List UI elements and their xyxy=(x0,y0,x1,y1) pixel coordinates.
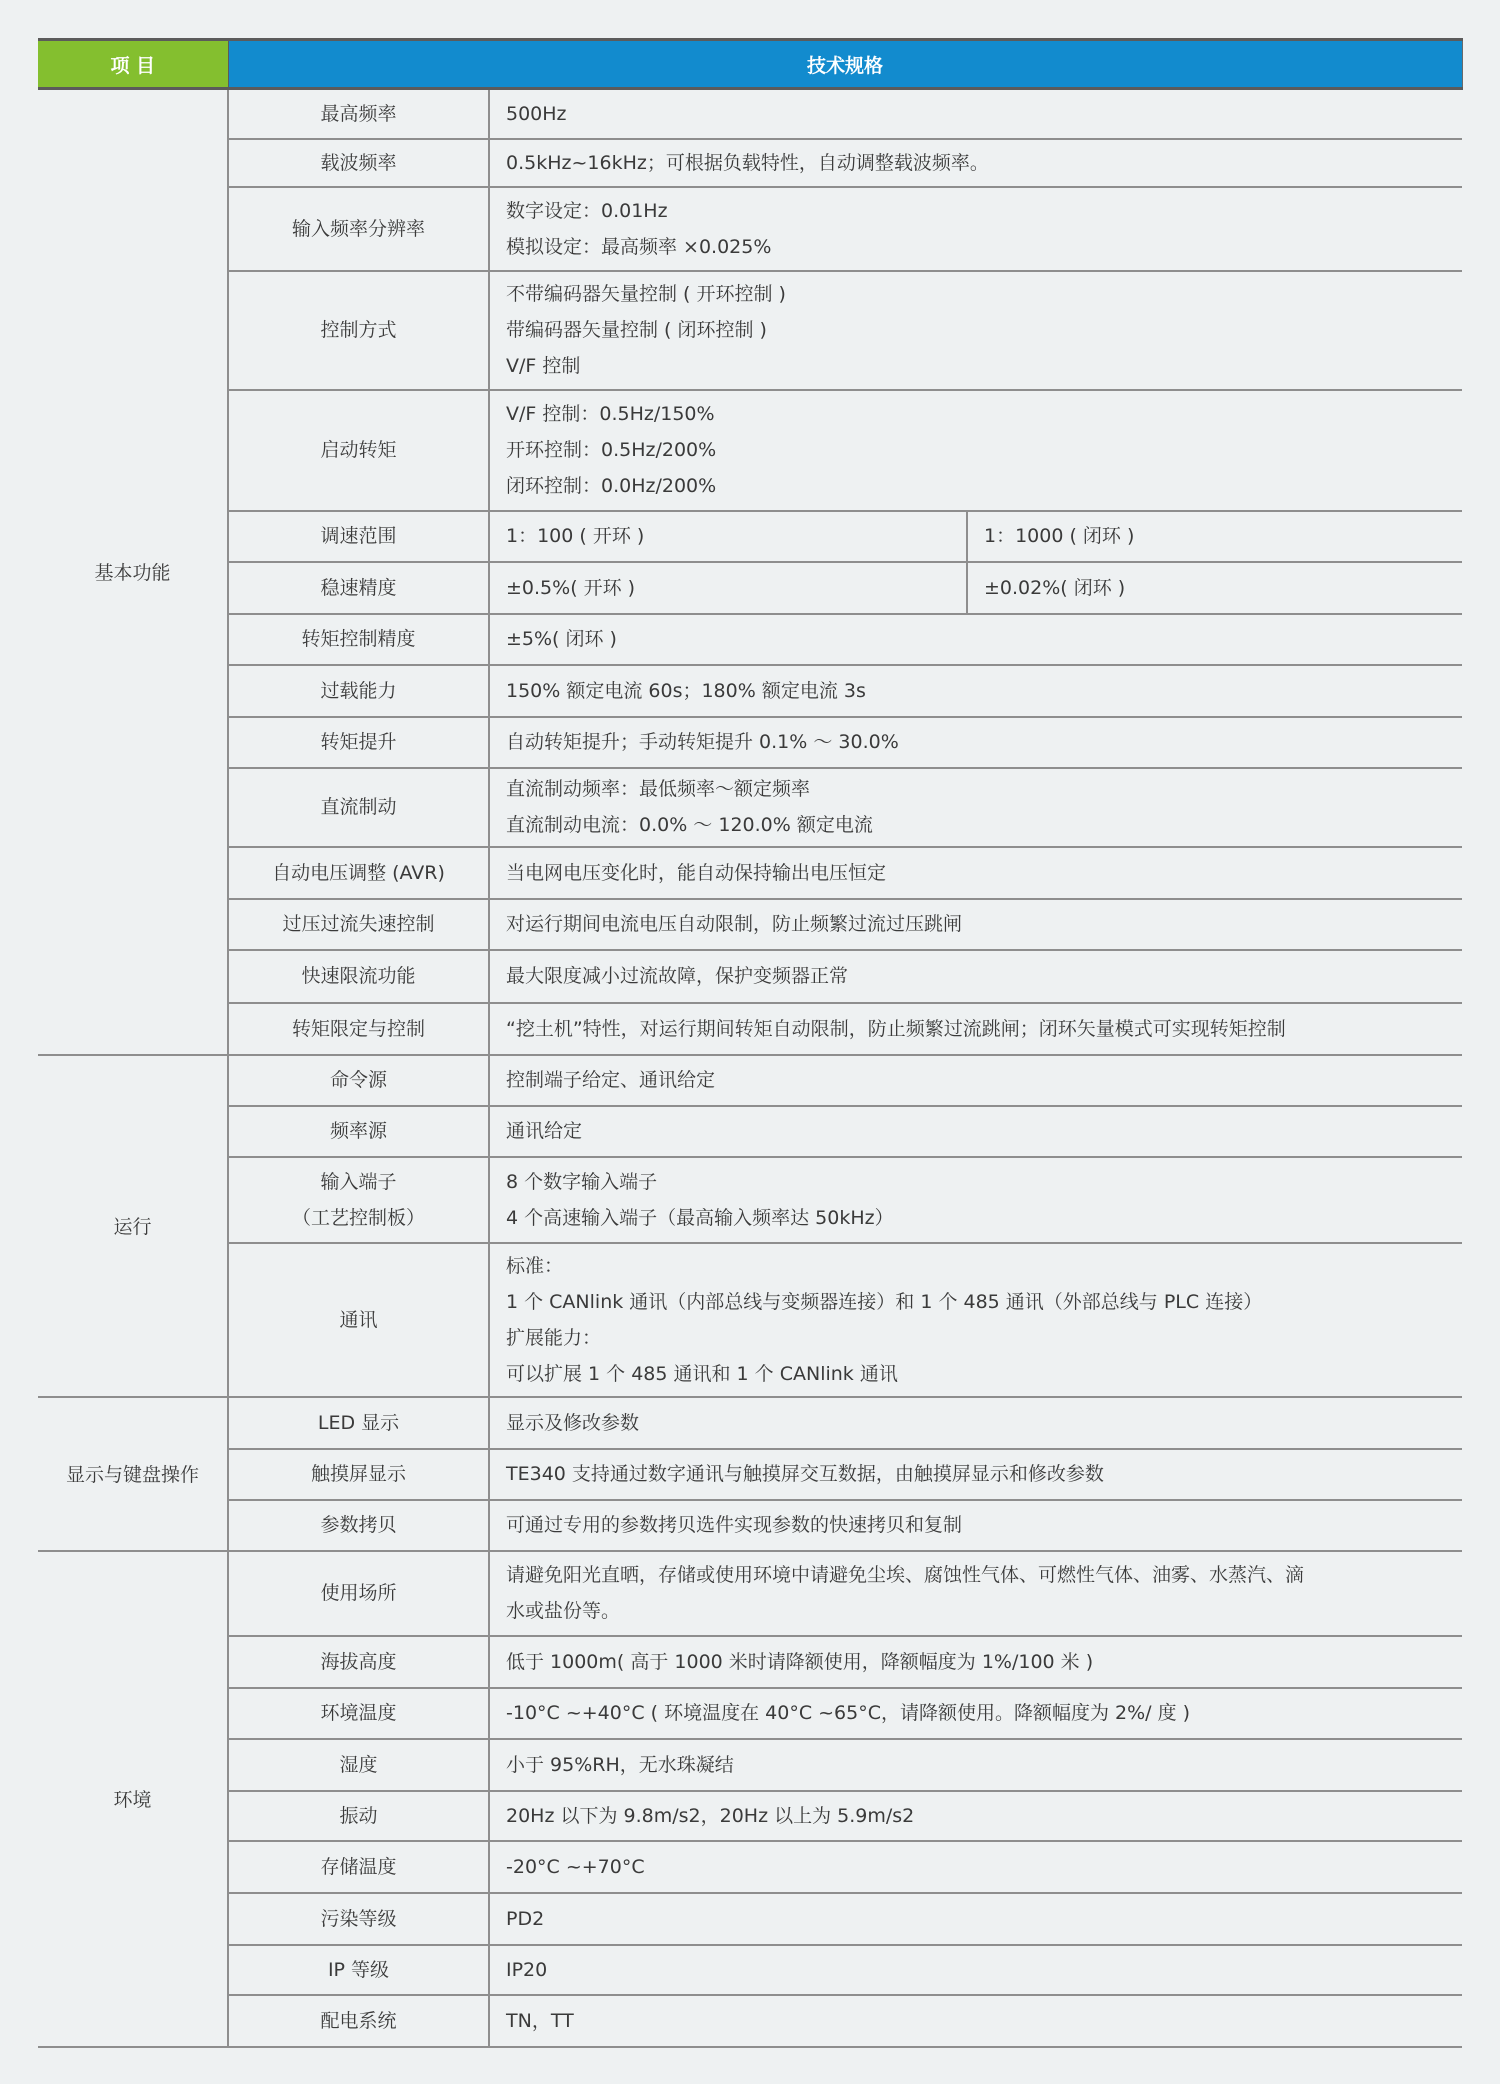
item-cell: 稳速精度 xyxy=(228,562,489,614)
spec-value-cell: ±5%( 闭环 ) xyxy=(489,614,1462,665)
table-row: 自动电压调整 (AVR)当电网电压变化时，能自动保持输出电压恒定 xyxy=(38,847,1462,899)
spec-value-cell: TE340 支持通过数字通讯与触摸屏交互数据，由触摸屏显示和修改参数 xyxy=(489,1449,1462,1500)
spec-value: 1：100 ( 开环 ) xyxy=(506,518,954,554)
spec-value: 1 个 CANlink 通讯（内部总线与变频器连接）和 1 个 485 通讯（外… xyxy=(506,1284,1450,1320)
header-spec: 技术规格 xyxy=(228,40,1462,89)
table-row: 转矩控制精度±5%( 闭环 ) xyxy=(38,614,1462,665)
item-label: 振动 xyxy=(229,1798,488,1834)
category-cell: 显示与键盘操作 xyxy=(38,1397,228,1551)
spec-value: 开环控制：0.5Hz/200% xyxy=(506,432,1450,468)
item-cell: 触摸屏显示 xyxy=(228,1449,489,1500)
spec-value-cell: 显示及修改参数 xyxy=(489,1397,1462,1449)
spec-value: ±0.5%( 开环 ) xyxy=(506,570,954,606)
spec-value-cell: 对运行期间电流电压自动限制，防止频繁过流过压跳闸 xyxy=(489,899,1462,950)
item-label: 转矩限定与控制 xyxy=(229,1011,488,1047)
table-row: 参数拷贝可通过专用的参数拷贝选件实现参数的快速拷贝和复制 xyxy=(38,1500,1462,1551)
item-cell: 控制方式 xyxy=(228,271,489,390)
item-label: 调速范围 xyxy=(229,518,488,554)
spec-value-cell: 20Hz 以下为 9.8m/s2，20Hz 以上为 5.9m/s2 xyxy=(489,1791,1462,1841)
spec-value: V/F 控制 xyxy=(506,348,1450,384)
spec-value-cell: IP20 xyxy=(489,1945,1462,1995)
item-label: 转矩控制精度 xyxy=(229,621,488,657)
spec-value: 可以扩展 1 个 485 通讯和 1 个 CANlink 通讯 xyxy=(506,1356,1450,1392)
item-cell: 命令源 xyxy=(228,1055,489,1106)
item-cell: 调速范围 xyxy=(228,511,489,562)
spec-value-cell: 不带编码器矢量控制 ( 开环控制 )带编码器矢量控制 ( 闭环控制 )V/F 控… xyxy=(489,271,1462,390)
item-cell: 环境温度 xyxy=(228,1688,489,1739)
item-label: 存储温度 xyxy=(229,1849,488,1885)
table-header-row: 项 目 技术规格 xyxy=(38,40,1462,89)
spec-value: TE340 支持通过数字通讯与触摸屏交互数据，由触摸屏显示和修改参数 xyxy=(506,1456,1450,1492)
item-label: 最高频率 xyxy=(229,96,488,132)
item-cell: 湿度 xyxy=(228,1739,489,1791)
spec-value-cell: 标准：1 个 CANlink 通讯（内部总线与变频器连接）和 1 个 485 通… xyxy=(489,1243,1462,1397)
spec-value: 不带编码器矢量控制 ( 开环控制 ) xyxy=(506,276,1450,312)
spec-value: -20°C ~+70°C xyxy=(506,1849,1450,1885)
spec-value-cell: 自动转矩提升；手动转矩提升 0.1% ～ 30.0% xyxy=(489,717,1462,768)
category-cell: 运行 xyxy=(38,1055,228,1397)
item-label: 过载能力 xyxy=(229,673,488,709)
spec-value: 显示及修改参数 xyxy=(506,1405,1450,1441)
item-cell: 频率源 xyxy=(228,1106,489,1157)
spec-value: 直流制动频率：最低频率～额定频率 xyxy=(506,771,1450,807)
spec-value: 水或盐份等。 xyxy=(506,1593,1450,1629)
spec-value-cell: 1：100 ( 开环 ) xyxy=(489,511,967,562)
spec-value: 数字设定：0.01Hz xyxy=(506,193,1450,229)
spec-table: 项 目 技术规格 基本功能最高频率500Hz载波频率0.5kHz~16kHz；可… xyxy=(38,38,1463,2048)
table-row: 调速范围1：100 ( 开环 )1：1000 ( 闭环 ) xyxy=(38,511,1462,562)
spec-value: 闭环控制：0.0Hz/200% xyxy=(506,468,1450,504)
spec-value-cell: -20°C ~+70°C xyxy=(489,1841,1462,1893)
spec-value: 20Hz 以下为 9.8m/s2，20Hz 以上为 5.9m/s2 xyxy=(506,1798,1450,1834)
item-cell: 直流制动 xyxy=(228,768,489,847)
spec-value: 当电网电压变化时，能自动保持输出电压恒定 xyxy=(506,855,1450,891)
spec-value-cell: 500Hz xyxy=(489,89,1462,139)
item-cell: 转矩限定与控制 xyxy=(228,1003,489,1055)
spec-body: 基本功能最高频率500Hz载波频率0.5kHz~16kHz；可根据负载特性，自动… xyxy=(38,89,1462,2047)
spec-value-cell: 0.5kHz~16kHz；可根据负载特性，自动调整载波频率。 xyxy=(489,139,1462,187)
table-row: 显示与键盘操作LED 显示显示及修改参数 xyxy=(38,1397,1462,1449)
table-row: 通讯标准：1 个 CANlink 通讯（内部总线与变频器连接）和 1 个 485… xyxy=(38,1243,1462,1397)
table-row: 污染等级PD2 xyxy=(38,1893,1462,1945)
item-label: 触摸屏显示 xyxy=(229,1456,488,1492)
table-row: 快速限流功能最大限度减小过流故障，保护变频器正常 xyxy=(38,950,1462,1003)
item-cell: 过载能力 xyxy=(228,665,489,717)
item-label: 输入频率分辨率 xyxy=(229,211,488,247)
spec-value: 最大限度减小过流故障，保护变频器正常 xyxy=(506,958,1450,994)
item-label: 自动电压调整 (AVR) xyxy=(229,855,488,891)
spec-value: IP20 xyxy=(506,1952,1450,1988)
spec-value: “挖土机”特性，对运行期间转矩自动限制，防止频繁过流跳闸；闭环矢量模式可实现转矩… xyxy=(506,1011,1450,1047)
item-cell: 使用场所 xyxy=(228,1551,489,1636)
item-cell: 海拔高度 xyxy=(228,1636,489,1688)
spec-value-cell: ±0.02%( 闭环 ) xyxy=(967,562,1462,614)
item-label: 参数拷贝 xyxy=(229,1507,488,1543)
spec-value: 直流制动电流：0.0% ～ 120.0% 额定电流 xyxy=(506,807,1450,843)
item-cell: 参数拷贝 xyxy=(228,1500,489,1551)
item-label: 输入端子 xyxy=(229,1164,488,1200)
item-cell: 污染等级 xyxy=(228,1893,489,1945)
table-row: 转矩限定与控制“挖土机”特性，对运行期间转矩自动限制，防止频繁过流跳闸；闭环矢量… xyxy=(38,1003,1462,1055)
item-cell: 通讯 xyxy=(228,1243,489,1397)
item-label: LED 显示 xyxy=(229,1405,488,1441)
header-item: 项 目 xyxy=(38,40,228,89)
table-row: 配电系统TN，TT xyxy=(38,1995,1462,2047)
table-row: 直流制动直流制动频率：最低频率～额定频率直流制动电流：0.0% ～ 120.0%… xyxy=(38,768,1462,847)
item-label: 频率源 xyxy=(229,1113,488,1149)
item-label: 快速限流功能 xyxy=(229,958,488,994)
item-cell: 输入端子（工艺控制板） xyxy=(228,1157,489,1243)
spec-value-cell: ±0.5%( 开环 ) xyxy=(489,562,967,614)
spec-value-cell: 150% 额定电流 60s；180% 额定电流 3s xyxy=(489,665,1462,717)
item-label: 通讯 xyxy=(229,1302,488,1338)
spec-value: 小于 95%RH，无水珠凝结 xyxy=(506,1747,1450,1783)
table-row: 载波频率0.5kHz~16kHz；可根据负载特性，自动调整载波频率。 xyxy=(38,139,1462,187)
spec-value: 0.5kHz~16kHz；可根据负载特性，自动调整载波频率。 xyxy=(506,145,1450,181)
item-cell: LED 显示 xyxy=(228,1397,489,1449)
spec-value-cell: “挖土机”特性，对运行期间转矩自动限制，防止频繁过流跳闸；闭环矢量模式可实现转矩… xyxy=(489,1003,1462,1055)
spec-value-cell: 8 个数字输入端子4 个高速输入端子（最高输入频率达 50kHz） xyxy=(489,1157,1462,1243)
category-cell: 基本功能 xyxy=(38,89,228,1055)
table-row: 触摸屏显示TE340 支持通过数字通讯与触摸屏交互数据，由触摸屏显示和修改参数 xyxy=(38,1449,1462,1500)
spec-value: 标准： xyxy=(506,1248,1450,1284)
item-label: 使用场所 xyxy=(229,1575,488,1611)
item-label: 命令源 xyxy=(229,1062,488,1098)
spec-value-cell: 小于 95%RH，无水珠凝结 xyxy=(489,1739,1462,1791)
spec-value: 可通过专用的参数拷贝选件实现参数的快速拷贝和复制 xyxy=(506,1507,1450,1543)
item-cell: 最高频率 xyxy=(228,89,489,139)
spec-value: 4 个高速输入端子（最高输入频率达 50kHz） xyxy=(506,1200,1450,1236)
spec-value-cell: 可通过专用的参数拷贝选件实现参数的快速拷贝和复制 xyxy=(489,1500,1462,1551)
item-cell: 配电系统 xyxy=(228,1995,489,2047)
spec-value: PD2 xyxy=(506,1901,1450,1937)
table-row: 过压过流失速控制对运行期间电流电压自动限制，防止频繁过流过压跳闸 xyxy=(38,899,1462,950)
table-row: 频率源通讯给定 xyxy=(38,1106,1462,1157)
table-row: 环境使用场所请避免阳光直晒，存储或使用环境中请避免尘埃、腐蚀性气体、可燃性气体、… xyxy=(38,1551,1462,1636)
spec-value-cell: 1：1000 ( 闭环 ) xyxy=(967,511,1462,562)
spec-value: ±5%( 闭环 ) xyxy=(506,621,1450,657)
spec-value: 500Hz xyxy=(506,96,1450,132)
spec-value: -10°C ~+40°C ( 环境温度在 40°C ~65°C，请降额使用。降额… xyxy=(506,1695,1450,1731)
item-cell: 存储温度 xyxy=(228,1841,489,1893)
spec-value: 带编码器矢量控制 ( 闭环控制 ) xyxy=(506,312,1450,348)
spec-value-cell: 通讯给定 xyxy=(489,1106,1462,1157)
table-row: 启动转矩V/F 控制：0.5Hz/150%开环控制：0.5Hz/200%闭环控制… xyxy=(38,390,1462,511)
item-label: 稳速精度 xyxy=(229,570,488,606)
table-row: 湿度小于 95%RH，无水珠凝结 xyxy=(38,1739,1462,1791)
spec-value: 150% 额定电流 60s；180% 额定电流 3s xyxy=(506,673,1450,709)
spec-value: 控制端子给定、通讯给定 xyxy=(506,1062,1450,1098)
spec-value: 扩展能力： xyxy=(506,1320,1450,1356)
table-row: 转矩提升自动转矩提升；手动转矩提升 0.1% ～ 30.0% xyxy=(38,717,1462,768)
table-row: 运行命令源控制端子给定、通讯给定 xyxy=(38,1055,1462,1106)
item-cell: 过压过流失速控制 xyxy=(228,899,489,950)
item-cell: 输入频率分辨率 xyxy=(228,187,489,271)
item-label: 配电系统 xyxy=(229,2003,488,2039)
spec-value: 请避免阳光直晒，存储或使用环境中请避免尘埃、腐蚀性气体、可燃性气体、油雾、水蒸汽… xyxy=(506,1557,1450,1593)
spec-value: 模拟设定：最高频率 ×0.025% xyxy=(506,229,1450,265)
table-row: 环境温度-10°C ~+40°C ( 环境温度在 40°C ~65°C，请降额使… xyxy=(38,1688,1462,1739)
table-row: 控制方式不带编码器矢量控制 ( 开环控制 )带编码器矢量控制 ( 闭环控制 )V… xyxy=(38,271,1462,390)
category-cell: 环境 xyxy=(38,1551,228,2047)
item-label: 环境温度 xyxy=(229,1695,488,1731)
item-cell: 自动电压调整 (AVR) xyxy=(228,847,489,899)
spec-value-cell: -10°C ~+40°C ( 环境温度在 40°C ~65°C，请降额使用。降额… xyxy=(489,1688,1462,1739)
item-cell: 转矩提升 xyxy=(228,717,489,768)
item-label: 海拔高度 xyxy=(229,1644,488,1680)
spec-value: 1：1000 ( 闭环 ) xyxy=(984,518,1450,554)
item-cell: 转矩控制精度 xyxy=(228,614,489,665)
item-label: 湿度 xyxy=(229,1747,488,1783)
spec-value-cell: 直流制动频率：最低频率～额定频率直流制动电流：0.0% ～ 120.0% 额定电… xyxy=(489,768,1462,847)
item-label: 过压过流失速控制 xyxy=(229,906,488,942)
table-row: 输入端子（工艺控制板）8 个数字输入端子4 个高速输入端子（最高输入频率达 50… xyxy=(38,1157,1462,1243)
item-label: 启动转矩 xyxy=(229,432,488,468)
item-label: IP 等级 xyxy=(229,1952,488,1988)
item-label: 载波频率 xyxy=(229,145,488,181)
item-cell: 快速限流功能 xyxy=(228,950,489,1003)
spec-value-cell: TN，TT xyxy=(489,1995,1462,2047)
spec-value: TN，TT xyxy=(506,2003,1450,2039)
table-row: 振动20Hz 以下为 9.8m/s2，20Hz 以上为 5.9m/s2 xyxy=(38,1791,1462,1841)
spec-value-cell: 最大限度减小过流故障，保护变频器正常 xyxy=(489,950,1462,1003)
spec-value-cell: PD2 xyxy=(489,1893,1462,1945)
spec-value: 通讯给定 xyxy=(506,1113,1450,1149)
spec-value: 自动转矩提升；手动转矩提升 0.1% ～ 30.0% xyxy=(506,724,1450,760)
item-label: 直流制动 xyxy=(229,789,488,825)
spec-value-cell: 请避免阳光直晒，存储或使用环境中请避免尘埃、腐蚀性气体、可燃性气体、油雾、水蒸汽… xyxy=(489,1551,1462,1636)
table-row: 海拔高度低于 1000m( 高于 1000 米时请降额使用，降额幅度为 1%/1… xyxy=(38,1636,1462,1688)
item-label: （工艺控制板） xyxy=(229,1200,488,1236)
spec-value-cell: 控制端子给定、通讯给定 xyxy=(489,1055,1462,1106)
table-row: 输入频率分辨率数字设定：0.01Hz模拟设定：最高频率 ×0.025% xyxy=(38,187,1462,271)
spec-value: 低于 1000m( 高于 1000 米时请降额使用，降额幅度为 1%/100 米… xyxy=(506,1644,1450,1680)
item-cell: 启动转矩 xyxy=(228,390,489,511)
table-row: 基本功能最高频率500Hz xyxy=(38,89,1462,139)
item-cell: 振动 xyxy=(228,1791,489,1841)
item-cell: 载波频率 xyxy=(228,139,489,187)
spec-value: 8 个数字输入端子 xyxy=(506,1164,1450,1200)
item-label: 转矩提升 xyxy=(229,724,488,760)
table-row: 过载能力150% 额定电流 60s；180% 额定电流 3s xyxy=(38,665,1462,717)
spec-value-cell: V/F 控制：0.5Hz/150%开环控制：0.5Hz/200%闭环控制：0.0… xyxy=(489,390,1462,511)
item-label: 污染等级 xyxy=(229,1901,488,1937)
item-cell: IP 等级 xyxy=(228,1945,489,1995)
spec-value: V/F 控制：0.5Hz/150% xyxy=(506,396,1450,432)
spec-value-cell: 当电网电压变化时，能自动保持输出电压恒定 xyxy=(489,847,1462,899)
spec-value-cell: 低于 1000m( 高于 1000 米时请降额使用，降额幅度为 1%/100 米… xyxy=(489,1636,1462,1688)
table-row: 稳速精度±0.5%( 开环 )±0.02%( 闭环 ) xyxy=(38,562,1462,614)
table-row: 存储温度-20°C ~+70°C xyxy=(38,1841,1462,1893)
table-row: IP 等级IP20 xyxy=(38,1945,1462,1995)
item-label: 控制方式 xyxy=(229,312,488,348)
spec-value: 对运行期间电流电压自动限制，防止频繁过流过压跳闸 xyxy=(506,906,1450,942)
spec-value: ±0.02%( 闭环 ) xyxy=(984,570,1450,606)
spec-value-cell: 数字设定：0.01Hz模拟设定：最高频率 ×0.025% xyxy=(489,187,1462,271)
